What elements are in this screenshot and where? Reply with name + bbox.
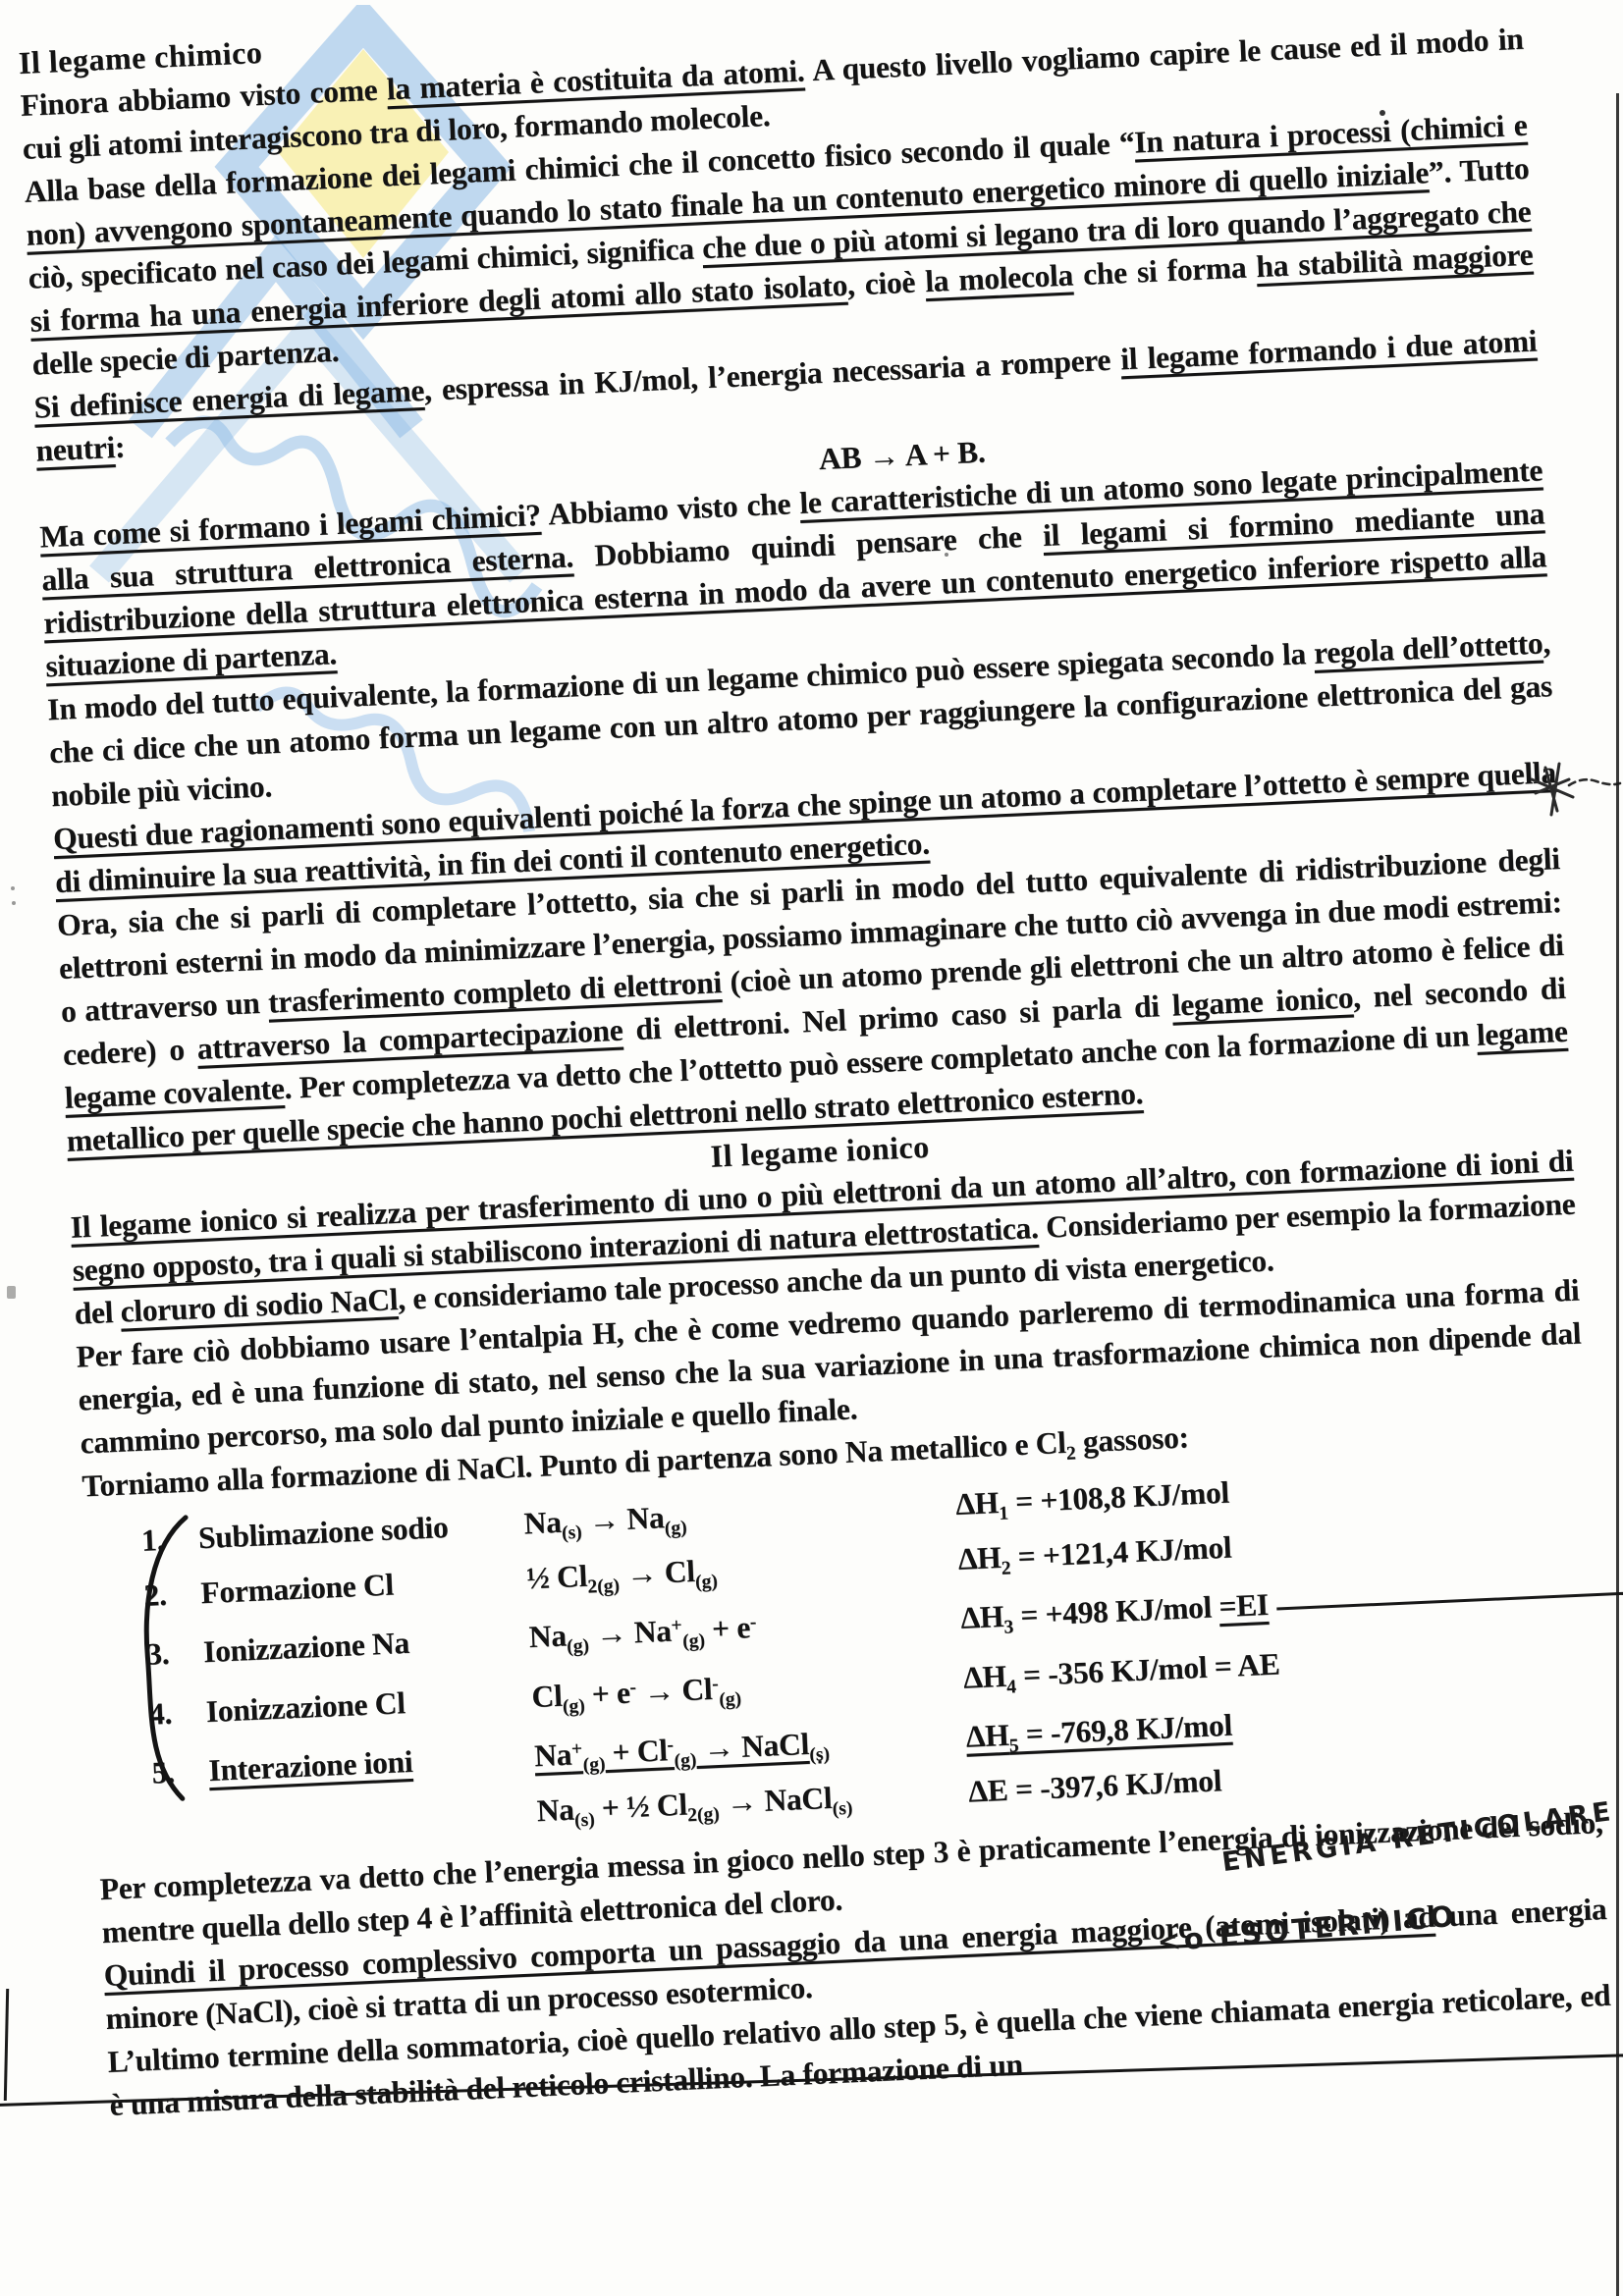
margin-vertical-line [4,1989,9,2101]
scanned-text-block: Il legame chimico Finora abbiamo visto c… [18,0,1613,2127]
scan-speck [7,1286,16,1299]
step-label: Interazione ioni [208,1735,536,1793]
reaction-steps-table: 1. Sublimazione sodio Na(s) → Na(g) ΔH1 … [140,1455,1601,1861]
scan-speck [11,886,15,890]
margin-scribble-icon [1524,754,1622,828]
step-label: Ionizzazione Na [202,1617,530,1675]
scan-speck [945,553,948,557]
curly-brace-icon [125,1511,210,1808]
scan-speck [12,901,16,905]
scan-speck [1380,110,1385,116]
step-label: Ionizzazione Cl [205,1676,533,1734]
document-page: { "colors": { "ink": "#131313", "paper":… [0,0,1623,2296]
scan-edge-line [1616,93,1619,2296]
